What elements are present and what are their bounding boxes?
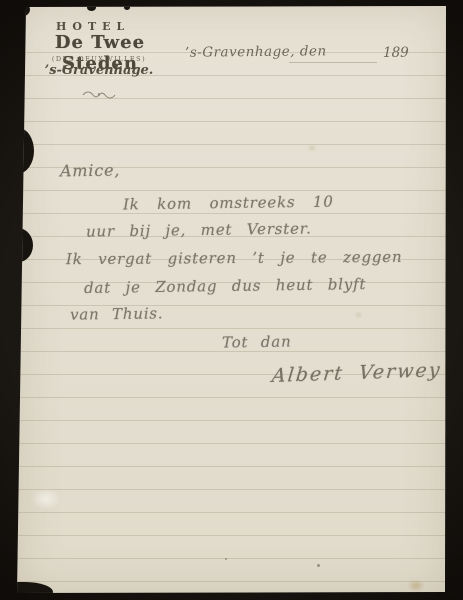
paper-stain bbox=[354, 311, 363, 319]
dateline-fill-rule bbox=[289, 62, 377, 63]
paper-edge-notch bbox=[7, 228, 33, 262]
paper-stain bbox=[407, 579, 425, 592]
paper-fleck bbox=[317, 564, 320, 567]
scan-background: HOTEL De Twee Steden (DES DEUX VILLES) ’… bbox=[0, 0, 463, 600]
dateline-year-prefix: 189 bbox=[383, 45, 409, 61]
body-line: van Thuis. bbox=[70, 304, 164, 323]
letterhead-flourish-icon bbox=[73, 84, 125, 103]
letterhead-city: ’s-Gravenhage. bbox=[29, 63, 169, 78]
body-line: dat je Zondag dus heut blyft bbox=[84, 275, 366, 297]
paper-light-spot bbox=[31, 488, 61, 510]
salutation-line: Amice, bbox=[60, 161, 120, 181]
paper-edge-speck bbox=[124, 5, 130, 10]
closing-line: Tot dan bbox=[222, 333, 292, 352]
paper-edge-speck bbox=[87, 4, 96, 11]
signature: Albert Verwey bbox=[271, 359, 443, 387]
body-line: Ik kom omstreeks 10 bbox=[123, 193, 334, 214]
body-line: Ik vergat gisteren ’t je te zeggen bbox=[66, 248, 403, 268]
paper-edge-notch bbox=[6, 128, 34, 174]
paper-edge-notch bbox=[9, 582, 53, 598]
letter-paper: HOTEL De Twee Steden (DES DEUX VILLES) ’… bbox=[17, 6, 447, 593]
paper-stain bbox=[307, 144, 317, 152]
dateline-place-text: ’s-Gravenhage, den bbox=[185, 43, 327, 60]
paper-edge-notch bbox=[12, 3, 30, 17]
body-line: uur bij je, met Verster. bbox=[86, 219, 312, 240]
paper-fleck bbox=[225, 558, 227, 560]
letterhead-subtitle: (DES DEUX VILLES) bbox=[29, 55, 169, 63]
